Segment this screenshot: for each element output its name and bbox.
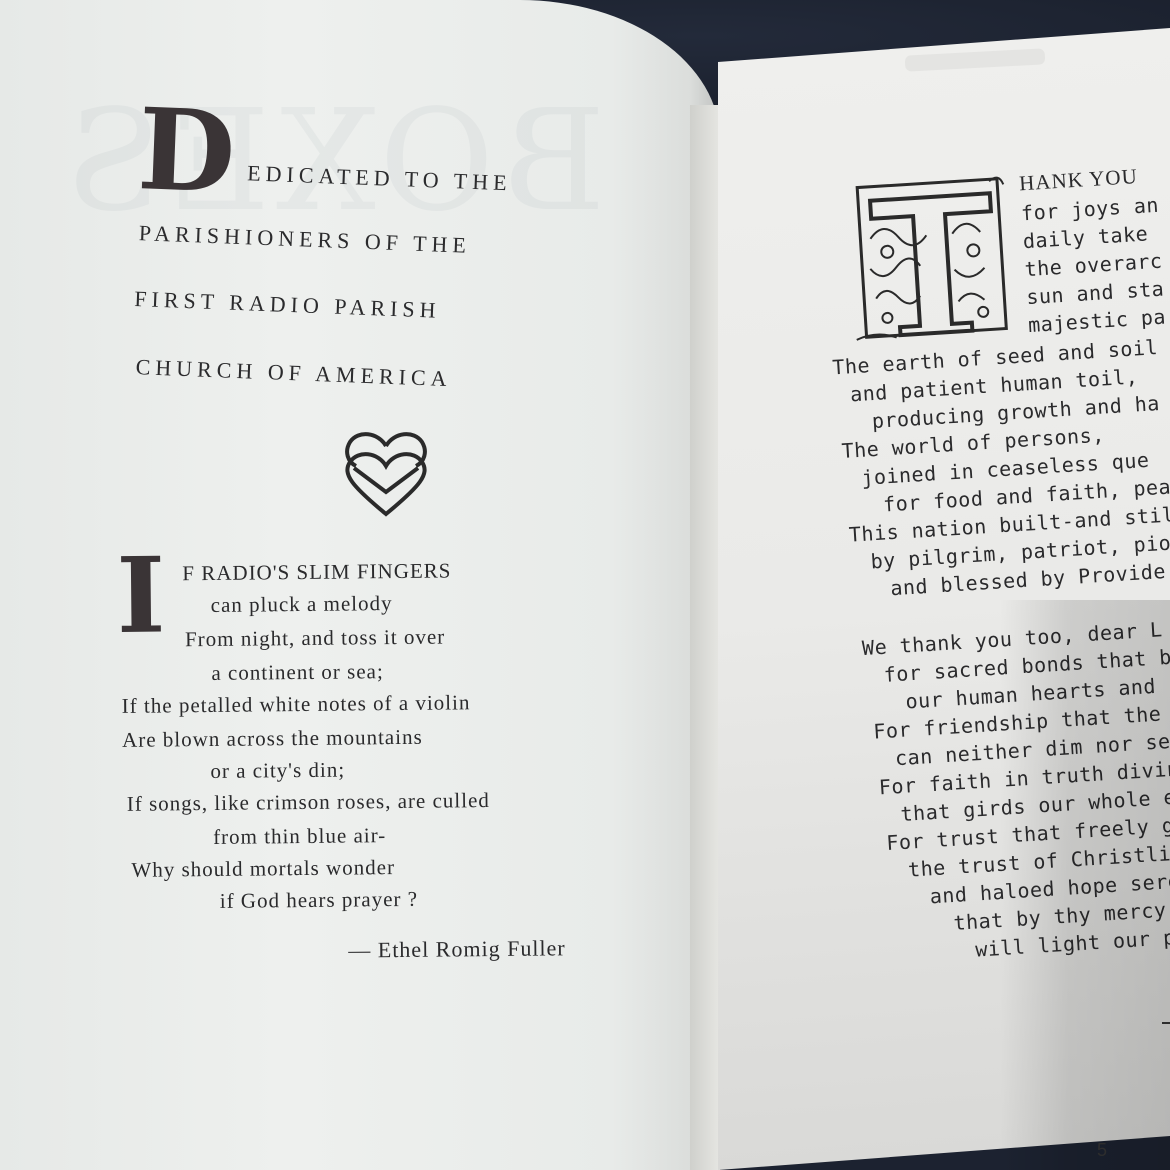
poem-line: HANK YOU — [1018, 164, 1138, 196]
drop-cap-i: I — [116, 545, 166, 646]
poem-line: From night, and toss it over — [185, 625, 445, 653]
attribution-dash — [1162, 1022, 1170, 1024]
poem-line: or a city's din; — [210, 758, 345, 784]
poem-line: If songs, like crimson roses, are culled — [127, 788, 490, 817]
poem-line: can pluck a melody — [211, 591, 393, 618]
poem-line: for joys an — [1020, 193, 1159, 226]
poem-line: F RADIO'S SLIM FINGERS — [182, 558, 451, 586]
poem-line: If the petalled white notes of a violin — [122, 690, 471, 719]
ornate-drop-cap-t-icon — [839, 170, 1019, 350]
poem-line: daily take — [1022, 221, 1149, 253]
page-edge — [690, 105, 720, 1170]
poem-line: if God hears prayer ? — [220, 887, 419, 914]
right-page-content: HANK YOU for joys an daily take the over… — [718, 0, 1170, 1170]
poem-line: majestic pa — [1027, 304, 1166, 337]
poem-line: Why should mortals wonder — [131, 855, 395, 883]
poem-thank-you: HANK YOU for joys an daily take the over… — [818, 141, 1170, 170]
poem-line: from thin blue air- — [213, 823, 386, 850]
poem-line: Are blown across the mountains — [122, 725, 423, 753]
poem-line: a continent or sea; — [211, 659, 384, 686]
drop-cap-d: D — [136, 100, 237, 204]
page-number: 5 — [1097, 1140, 1107, 1161]
poem-line: sun and sta — [1026, 277, 1165, 310]
hearts-ornament-icon — [338, 426, 434, 520]
poem-attribution: — Ethel Romig Fuller — [348, 935, 566, 963]
poem-line: the overarc — [1024, 249, 1163, 282]
